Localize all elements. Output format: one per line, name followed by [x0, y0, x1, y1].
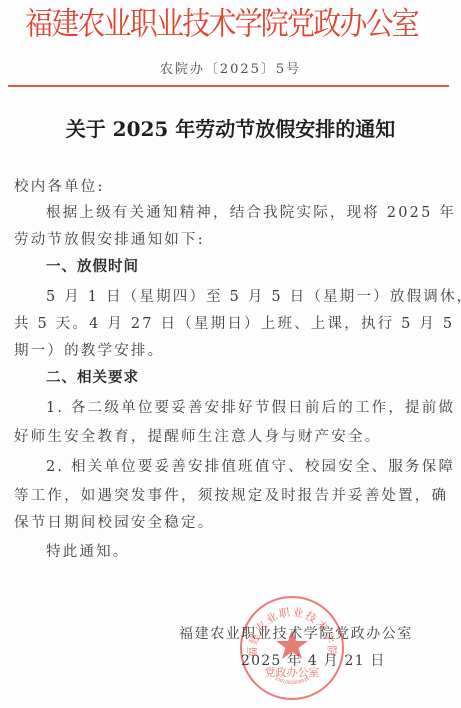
requirement-2-line-2: 等工作，如遇突发事件，须按规定及时报告并妥善处置，确 — [14, 486, 448, 506]
holiday-line-3: 期一）的教学安排。 — [14, 341, 164, 361]
requirement-1-line-1: 1. 各二级单位要妥善安排好节假日前后的工作，提前做 — [46, 398, 455, 418]
signature-org: 福建农业职业技术学院党政办公室 — [179, 624, 413, 644]
signature-date: 2025 年 4 月 21 日 — [241, 651, 386, 671]
holiday-line-2: 共 5 天。4 月 27 日（星期日）上班、上课，执行 5 月 5 日（星 — [14, 314, 461, 334]
seal-graphic-icon: 福建农业职业技术学院 党政办公室 3501081000025 — [240, 596, 344, 700]
salutation: 校内各单位: — [14, 177, 105, 197]
section-heading-holiday-time: 一、放假时间 — [46, 257, 139, 277]
intro-line-1: 根据上级有关通知精神，结合我院实际，现将 2025 年 — [46, 203, 456, 223]
requirement-1-line-2: 好师生安全教育，提醒师生注意人身与财产安全。 — [14, 427, 381, 447]
document-number: 农院办〔2025〕5号 — [0, 61, 461, 79]
closing-text: 特此通知。 — [46, 542, 130, 562]
letterhead-red-rule — [8, 85, 449, 87]
requirement-2-line-3: 保节日期间校园安全稳定。 — [14, 513, 214, 533]
requirement-2-line-1: 2. 相关单位要妥善安排值班值守、校园安全、服务保障 — [46, 457, 455, 477]
holiday-line-1: 5 月 1 日（星期四）至 5 月 5 日（星期一）放假调休， — [46, 287, 461, 307]
letterhead-org-title: 福建农业职业技术学院党政办公室 — [25, 4, 418, 44]
intro-line-2: 劳动节放假安排通知如下: — [14, 230, 205, 250]
official-seal: 福建农业职业技术学院 党政办公室 3501081000025 — [240, 596, 344, 700]
notice-title: 关于 2025 年劳动节放假安排的通知 — [0, 115, 461, 143]
section-heading-requirements: 二、相关要求 — [46, 368, 139, 388]
